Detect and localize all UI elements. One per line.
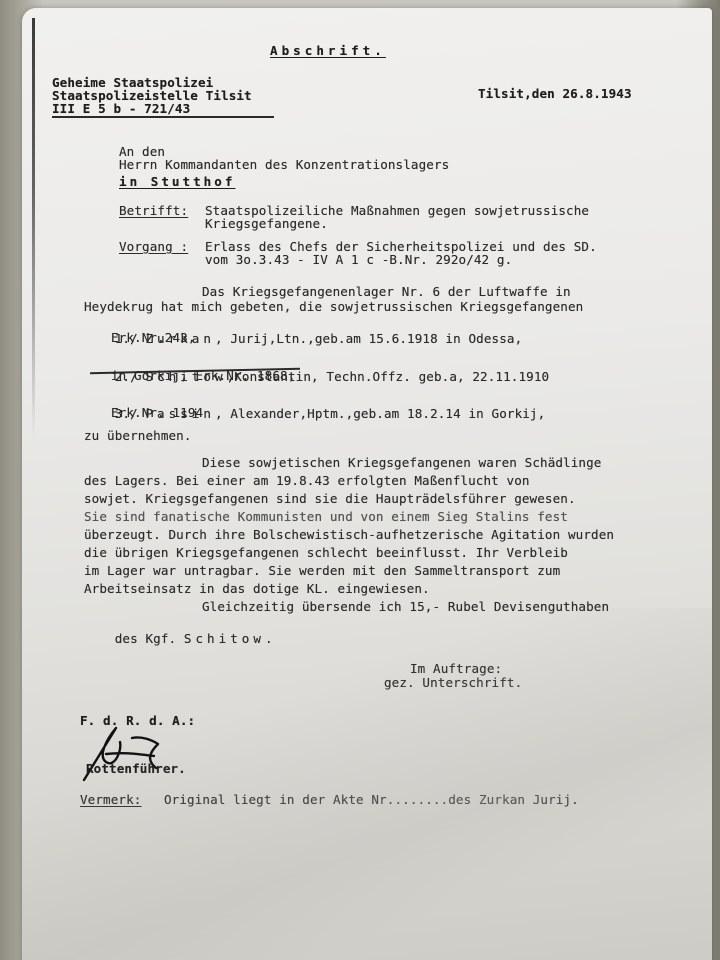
kgf-name: Schitow. bbox=[184, 631, 277, 646]
paragraph-3-line-2: des Kgf. Schitow. bbox=[84, 618, 277, 660]
paragraph-2-line: Arbeitseinsatz in das dotige KL. eingewi… bbox=[84, 582, 430, 596]
take-over-text: zu übernehmen. bbox=[84, 429, 192, 443]
paragraph-2-line: Sie sind fanatische Kommunisten und von … bbox=[84, 510, 568, 524]
procedure-label: Vorgang : bbox=[119, 240, 188, 254]
document-page: Abschrift. Geheime Staatspolizei Staatsp… bbox=[22, 8, 712, 960]
procedure-line-2: vom 3o.3.43 - IV A 1 c -B.Nr. 292o/42 g. bbox=[205, 253, 512, 267]
recipient-location: in Stutthof bbox=[119, 175, 235, 189]
subject-label: Betrifft: bbox=[119, 204, 188, 218]
paragraph-3-line-1: Gleichzeitig übersende ich 15,- Rubel De… bbox=[202, 600, 609, 614]
place-date: Tilsit,den 26.8.1943 bbox=[478, 87, 632, 101]
kgf-prefix: des Kgf. bbox=[115, 631, 176, 646]
subject-line-2: Kriegsgefangene. bbox=[205, 217, 328, 231]
certification-rank: Rottenführer. bbox=[86, 762, 186, 776]
prisoner-1-number-line: Erk.Nr.243, bbox=[111, 331, 196, 345]
sender-reference: III E 5 b - 721/43 bbox=[52, 102, 190, 116]
paragraph-2-line: überzeugt. Durch ihre Bolschewistisch-au… bbox=[84, 528, 614, 542]
paragraph-2-line: Diese sowjetischen Kriegsgefangenen ware… bbox=[202, 456, 601, 470]
paragraph-2-line: die übrigen Kriegsgefangenen schlecht be… bbox=[84, 546, 568, 560]
paragraph-2-line: des Lagers. Bei einer am 19.8.43 erfolgt… bbox=[84, 474, 530, 488]
prisoner-2-number-line: in Gorkij, Erk.Nr. 1868, bbox=[111, 369, 295, 383]
body-intro-line-1: Das Kriegsgefangenenlager Nr. 6 der Luft… bbox=[202, 285, 571, 299]
closing-line-2: gez. Unterschrift. bbox=[384, 676, 522, 690]
body-intro-line-2: Heydekrug hat mich gebeten, die sowjetru… bbox=[84, 300, 583, 314]
note-label: Vermerk: bbox=[80, 793, 141, 807]
closing-line-1: Im Auftrage: bbox=[410, 662, 502, 676]
paragraph-2-line: im Lager war untragbar. Sie werden mit d… bbox=[84, 564, 560, 578]
prisoner-details: , Jurij,Ltn.,geb.am 15.6.1918 in Odessa, bbox=[215, 331, 522, 346]
reference-underline bbox=[52, 116, 274, 118]
paragraph-2-line: sowjet. Kriegsgefangenen sind sie die Ha… bbox=[84, 492, 576, 506]
prisoner-details: , Alexander,Hptm.,geb.am 18.2.14 in Gork… bbox=[215, 406, 545, 421]
prisoner-3-number-line: Erk.Nr. 1194 bbox=[111, 406, 203, 420]
document-title: Abschrift. bbox=[270, 44, 386, 58]
recipient-line-2: Herrn Kommandanten des Konzentrationslag… bbox=[119, 158, 449, 172]
note-text: Original liegt in der Akte Nr........des… bbox=[164, 793, 579, 807]
